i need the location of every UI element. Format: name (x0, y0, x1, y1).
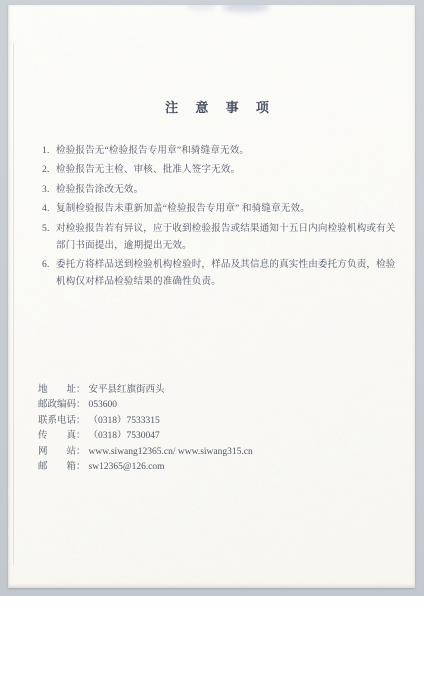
contact-value: 053600 (86, 398, 118, 414)
note-text: 检验报告涂改无效。 (56, 182, 400, 199)
page-title: 注 意 事 项 (36, 97, 395, 116)
note-number: 6. (42, 257, 56, 291)
contact-label: 传 真： (38, 429, 86, 445)
contact-label: 邮 箱： (38, 460, 86, 476)
note-item-4: 4. 复制检验报告未重新加盖“检验报告专用章” 和骑缝章无效。 (42, 201, 400, 218)
contact-row-postcode: 邮政编码： 053600 (38, 398, 395, 414)
note-item-2: 2. 检验报告无主检、审核、批准人签字无效。 (42, 162, 400, 179)
contact-label: 联系电话： (38, 414, 86, 430)
contact-value: sw12365@126.com (86, 460, 165, 476)
note-text: 对检验报告若有异议，应于收到检验报告或结果通知十五日内向检验机构或有关部门书面提… (56, 221, 400, 255)
note-item-5: 5. 对检验报告若有异议，应于收到检验报告或结果通知十五日内向检验机构或有关部门… (42, 221, 400, 255)
document-page: 注 意 事 项 1. 检验报告无“检验报告专用章”和骑缝章无效。 2. 检验报告… (8, 5, 415, 588)
note-number: 1. (42, 143, 56, 160)
note-number: 5. (42, 221, 56, 255)
note-text: 复制检验报告未重新加盖“检验报告专用章” 和骑缝章无效。 (56, 201, 400, 218)
contact-value: www.siwang12365.cn/ www.siwang315.cn (86, 445, 253, 461)
contact-row-email: 邮 箱： sw12365@126.com (38, 460, 395, 476)
note-item-3: 3. 检验报告涂改无效。 (42, 182, 400, 199)
contact-value: （0318）7533315 (86, 414, 160, 430)
contact-row-address: 地 址： 安平县红旗街西头 (38, 383, 395, 399)
note-number: 3. (42, 182, 56, 199)
contact-value: （0318）7530047 (86, 429, 160, 445)
note-text: 检验报告无“检验报告专用章”和骑缝章无效。 (56, 143, 400, 160)
contact-row-fax: 传 真： （0318）7530047 (38, 429, 395, 445)
contact-label: 地 址： (38, 383, 86, 399)
note-text: 委托方将样品送到检验机构检验时，样品及其信息的真实性由委托方负责，检验机构仅对样… (56, 257, 400, 291)
note-number: 4. (42, 201, 56, 218)
note-number: 2. (42, 162, 56, 179)
contact-block: 地 址： 安平县红旗街西头 邮政编码： 053600 联系电话： （0318）7… (36, 383, 395, 476)
contact-row-phone: 联系电话： （0318）7533315 (38, 414, 395, 430)
note-text: 检验报告无主检、审核、批准人签字无效。 (56, 162, 400, 179)
contact-value: 安平县红旗街西头 (86, 383, 165, 399)
note-item-1: 1. 检验报告无“检验报告专用章”和骑缝章无效。 (42, 143, 400, 160)
notes-list: 1. 检验报告无“检验报告专用章”和骑缝章无效。 2. 检验报告无主检、审核、批… (36, 143, 400, 291)
contact-label: 邮政编码： (38, 398, 86, 414)
note-item-6: 6. 委托方将样品送到检验机构检验时，样品及其信息的真实性由委托方负责，检验机构… (42, 257, 400, 291)
page-content: 注 意 事 项 1. 检验报告无“检验报告专用章”和骑缝章无效。 2. 检验报告… (8, 5, 415, 588)
contact-row-website: 网 站： www.siwang12365.cn/ www.siwang315.c… (38, 445, 395, 461)
scanner-bed: 注 意 事 项 1. 检验报告无“检验报告专用章”和骑缝章无效。 2. 检验报告… (0, 0, 424, 596)
contact-label: 网 站： (38, 445, 86, 461)
